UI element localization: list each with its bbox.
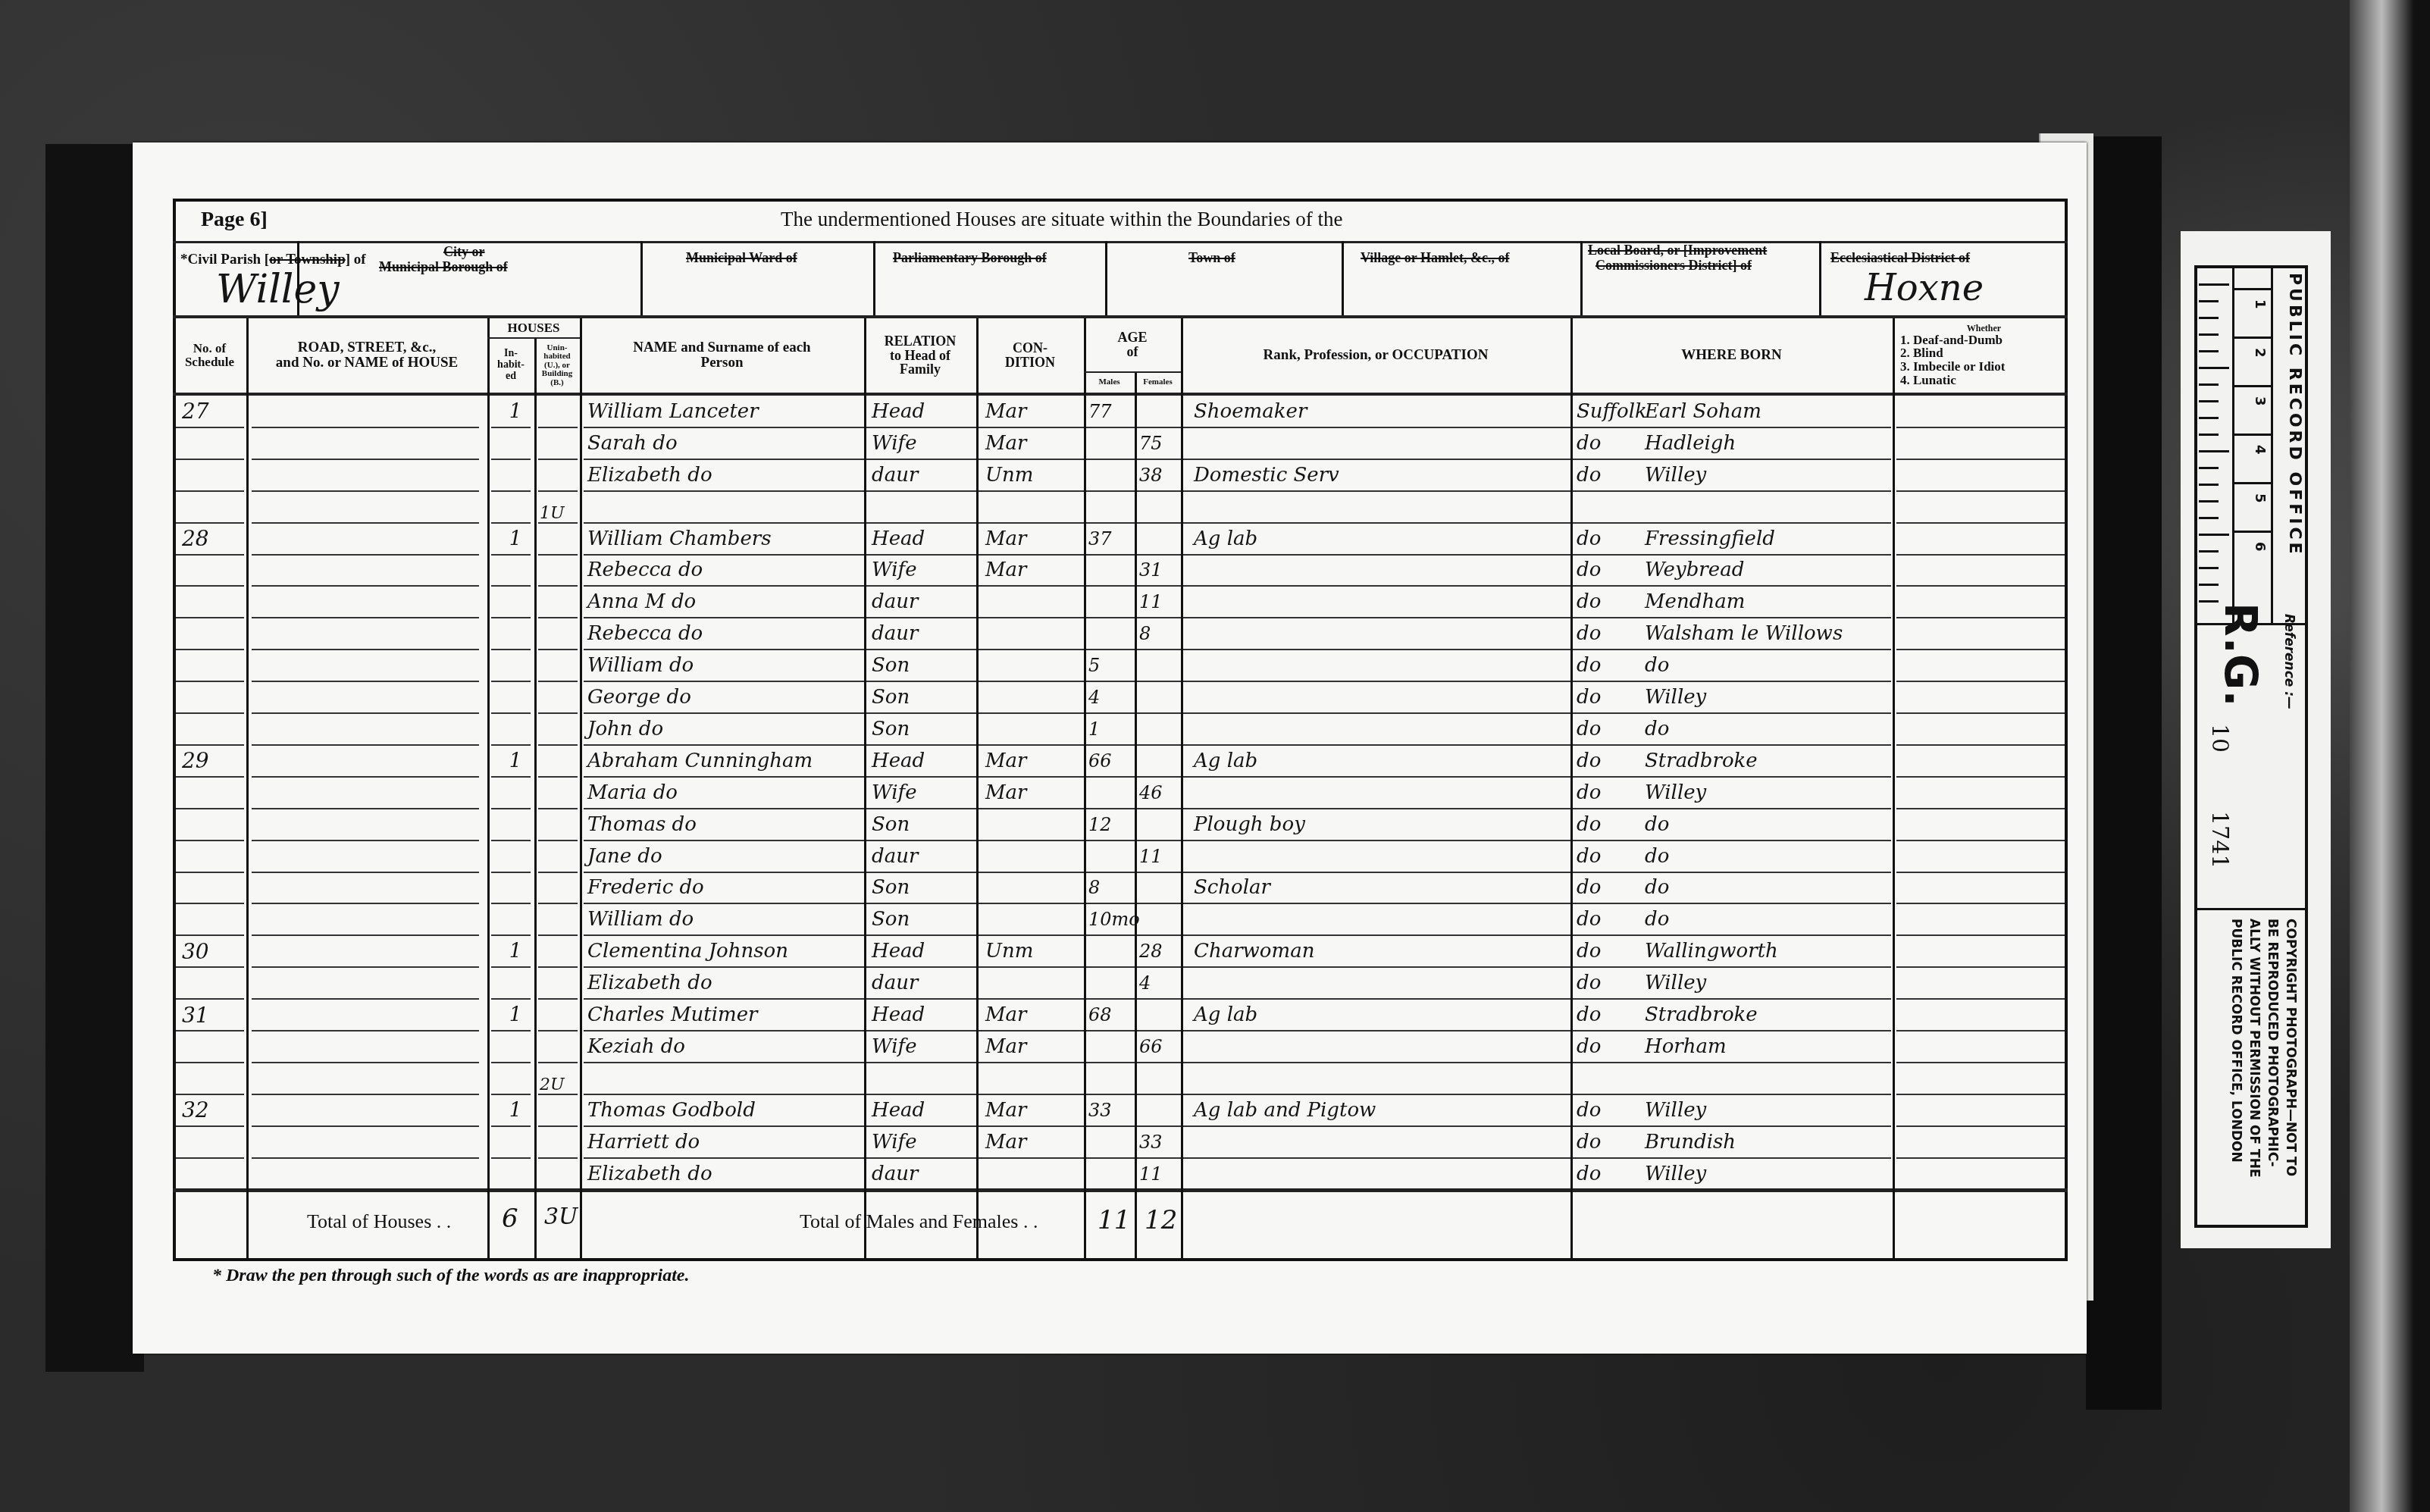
condition xyxy=(985,872,1080,904)
relation: Son xyxy=(872,681,974,713)
born-county: do xyxy=(1577,523,1630,555)
page-title: The undermentioned Houses are situate wi… xyxy=(781,208,1343,231)
condition xyxy=(985,1158,1080,1190)
occupation: Ag lab xyxy=(1194,999,1565,1031)
ruler-tick xyxy=(2199,350,2219,352)
row-rule xyxy=(252,585,479,587)
born-county: do xyxy=(1577,1158,1630,1190)
occupation xyxy=(1194,1126,1565,1158)
born-county: do xyxy=(1577,459,1630,491)
born-county: do xyxy=(1577,1094,1630,1126)
condition xyxy=(985,586,1080,618)
row-rule xyxy=(252,840,479,841)
relation: Son xyxy=(872,809,974,841)
relation: daur xyxy=(872,586,974,618)
uninhabited-count xyxy=(540,1158,578,1190)
condition: Mar xyxy=(985,1126,1080,1158)
relation: Son xyxy=(872,903,974,935)
total-persons-label: Total of Males and Females . . xyxy=(800,1210,1038,1233)
record-office-label: PUBLIC RECORD OFFICE xyxy=(2285,273,2304,557)
person-name: Sarah do xyxy=(587,427,860,459)
column-divider xyxy=(1135,371,1137,1261)
person-name: Thomas Godbold xyxy=(587,1094,860,1126)
column-divider xyxy=(1181,318,1183,1261)
schedule-number xyxy=(182,586,243,618)
ruler-tick xyxy=(2199,383,2219,386)
male-age: 37 xyxy=(1088,523,1132,555)
schedule-number xyxy=(182,841,243,872)
row-rule xyxy=(252,459,479,460)
divider xyxy=(1580,241,1583,317)
scale-divider xyxy=(2234,385,2271,387)
reference-folio: 1741 xyxy=(2206,811,2233,869)
male-age xyxy=(1088,491,1132,523)
occupation: Charwoman xyxy=(1194,935,1565,967)
boundary-parliamentary-borough: Parliamentary Borough of xyxy=(893,250,1047,266)
inhabited-count: 1 xyxy=(500,935,531,967)
occupation xyxy=(1194,555,1565,587)
boundary-village: Village or Hamlet, &c., of xyxy=(1361,250,1509,266)
houses-underline xyxy=(487,337,580,339)
born-place xyxy=(1645,1063,1895,1094)
reference-label: Reference :— xyxy=(2281,614,2297,709)
uninhabited-count xyxy=(540,967,578,999)
schedule-number xyxy=(182,491,243,523)
female-age xyxy=(1139,872,1179,904)
occupation xyxy=(1194,1063,1565,1094)
row-rule xyxy=(1896,934,2065,936)
row-rule xyxy=(1896,459,2065,460)
row-rule xyxy=(1896,744,2065,746)
inhabited-count xyxy=(500,459,531,491)
uninhabited-count xyxy=(540,555,578,587)
occupation: Ag lab xyxy=(1194,745,1565,777)
row-rule xyxy=(1896,1094,2065,1095)
born-county: do xyxy=(1577,841,1630,872)
inhabited-count: 1 xyxy=(500,745,531,777)
schedule-number xyxy=(182,1031,243,1063)
female-age xyxy=(1139,491,1179,523)
female-age xyxy=(1139,999,1179,1031)
ruler-tick xyxy=(2199,467,2219,469)
ruler-tick xyxy=(2199,517,2219,519)
female-age: 38 xyxy=(1139,459,1179,491)
uninhabited-count xyxy=(540,681,578,713)
female-age: 46 xyxy=(1139,777,1179,809)
scale-divider xyxy=(2234,531,2271,533)
female-age xyxy=(1139,650,1179,681)
occupation: Domestic Serv xyxy=(1194,459,1565,491)
female-age: 28 xyxy=(1139,935,1179,967)
male-age xyxy=(1088,967,1132,999)
ruler-tick xyxy=(2199,317,2219,319)
uninhabited-count: 2U xyxy=(540,1063,578,1094)
inhabited-count xyxy=(500,555,531,587)
header-where-born: WHERE BORN xyxy=(1570,318,1893,393)
born-county xyxy=(1577,491,1630,523)
row-rule xyxy=(252,744,479,746)
person-name: Thomas do xyxy=(587,809,860,841)
ruler xyxy=(2197,268,2235,625)
schedule-number xyxy=(182,618,243,650)
male-age xyxy=(1088,586,1132,618)
person-name: George do xyxy=(587,681,860,713)
person-name: Elizabeth do xyxy=(587,1158,860,1190)
born-place: Stradbroke xyxy=(1645,999,1895,1031)
column-divider xyxy=(1084,318,1086,1261)
relation: Son xyxy=(872,713,974,745)
row-rule xyxy=(1896,617,2065,618)
header-occupation: Rank, Profession, or OCCUPATION xyxy=(1181,318,1570,393)
inhabited-count: 1 xyxy=(500,1094,531,1126)
scale-divider xyxy=(2234,288,2271,290)
total-males: 11 xyxy=(1098,1205,1130,1235)
condition xyxy=(985,841,1080,872)
row-rule xyxy=(1896,776,2065,778)
scale-number: 2 xyxy=(2252,348,2268,358)
occupation xyxy=(1194,650,1565,681)
uninhabited-count xyxy=(540,459,578,491)
born-county: do xyxy=(1577,713,1630,745)
schedule-number xyxy=(182,777,243,809)
occupation xyxy=(1194,618,1565,650)
inhabited-count xyxy=(500,841,531,872)
schedule-number xyxy=(182,713,243,745)
male-age: 12 xyxy=(1088,809,1132,841)
row-rule xyxy=(252,554,479,556)
scanner-shadow-right xyxy=(2086,136,2162,1410)
copyright-line: PUBLIC RECORD OFFICE, LONDON xyxy=(2228,919,2244,1163)
occupation xyxy=(1194,777,1565,809)
schedule-number: 32 xyxy=(182,1094,243,1126)
relation xyxy=(872,1063,974,1094)
row-rule xyxy=(1896,1062,2065,1063)
inhabited-count xyxy=(500,650,531,681)
occupation: Ag lab xyxy=(1194,523,1565,555)
schedule-number: 29 xyxy=(182,745,243,777)
row-rule xyxy=(252,1094,479,1095)
uninhabited-count xyxy=(540,841,578,872)
reference-piece: 10 xyxy=(2206,724,2233,753)
occupation: Plough boy xyxy=(1194,809,1565,841)
copyright-line: BE REPRODUCED PHOTOGRAPHIC- xyxy=(2265,919,2280,1167)
row-rule xyxy=(1896,872,2065,873)
divider xyxy=(640,241,643,317)
divider xyxy=(1819,241,1821,317)
born-place: do xyxy=(1645,903,1895,935)
person-name: Elizabeth do xyxy=(587,459,860,491)
person-name: Maria do xyxy=(587,777,860,809)
born-county xyxy=(1577,1063,1630,1094)
header-road: ROAD, STREET, &c.,and No. or NAME of HOU… xyxy=(246,318,487,393)
relation xyxy=(872,491,974,523)
person-name: William do xyxy=(587,650,860,681)
ruler-tick xyxy=(2199,400,2219,402)
born-place: Stradbroke xyxy=(1645,745,1895,777)
schedule-number xyxy=(182,1126,243,1158)
row-rule xyxy=(252,649,479,650)
male-age xyxy=(1088,1126,1132,1158)
page-number: Page 6] xyxy=(201,208,268,232)
born-place: Walsham le Willows xyxy=(1645,618,1895,650)
header-relation: RELATIONto Head ofFamily xyxy=(864,318,976,393)
condition: Mar xyxy=(985,427,1080,459)
divider xyxy=(2197,908,2305,910)
header-houses: HOUSES xyxy=(487,318,580,337)
occupation: Shoemaker xyxy=(1194,396,1565,427)
uninhabited-count xyxy=(540,903,578,935)
born-place: Brundish xyxy=(1645,1126,1895,1158)
condition: Mar xyxy=(985,523,1080,555)
ruler-tick xyxy=(2199,484,2219,486)
person-name xyxy=(587,491,860,523)
male-age xyxy=(1088,1031,1132,1063)
uninhabited-count xyxy=(540,523,578,555)
header-name: NAME and Surname of eachPerson xyxy=(580,318,864,393)
condition: Mar xyxy=(985,999,1080,1031)
born-place: Horham xyxy=(1645,1031,1895,1063)
header-inhabited: In-habit-ed xyxy=(487,339,534,393)
ruler-tick xyxy=(2199,367,2229,369)
divider xyxy=(1105,241,1107,317)
male-age: 68 xyxy=(1088,999,1132,1031)
row-rule xyxy=(1896,903,2065,904)
condition: Mar xyxy=(985,1094,1080,1126)
header-schedule: No. ofSchedule xyxy=(173,318,246,393)
total-houses-label: Total of Houses . . xyxy=(307,1210,451,1233)
copyright-line: ALLY WITHOUT PERMISSION OF THE xyxy=(2247,919,2262,1178)
footnote: * Draw the pen through such of the words… xyxy=(212,1266,689,1286)
person-name: William Chambers xyxy=(587,523,860,555)
occupation xyxy=(1194,903,1565,935)
born-county: Suffolk xyxy=(1577,396,1630,427)
row-rule xyxy=(1896,681,2065,682)
uninhabited-count xyxy=(540,809,578,841)
schedule-number xyxy=(182,809,243,841)
header-females: Females xyxy=(1135,373,1181,393)
male-age xyxy=(1088,777,1132,809)
inhabited-count xyxy=(500,1031,531,1063)
relation: Head xyxy=(872,935,974,967)
female-age xyxy=(1139,396,1179,427)
female-age: 8 xyxy=(1139,618,1179,650)
person-name: Abraham Cunningham xyxy=(587,745,860,777)
person-name: Anna M do xyxy=(587,586,860,618)
born-place: Willey xyxy=(1645,777,1895,809)
female-age xyxy=(1139,903,1179,935)
schedule-number: 31 xyxy=(182,999,243,1031)
row-rule xyxy=(1896,1125,2065,1127)
row-rule xyxy=(252,427,479,428)
schedule-number xyxy=(182,872,243,904)
schedule-number xyxy=(182,459,243,491)
row-rule xyxy=(1896,998,2065,1000)
inhabited-count xyxy=(500,618,531,650)
relation: Head xyxy=(872,999,974,1031)
inhabited-count xyxy=(500,586,531,618)
relation: daur xyxy=(872,618,974,650)
born-place: Willey xyxy=(1645,967,1895,999)
born-place: Mendham xyxy=(1645,586,1895,618)
female-age: 31 xyxy=(1139,555,1179,587)
born-county: do xyxy=(1577,650,1630,681)
row-rule xyxy=(252,681,479,682)
relation: daur xyxy=(872,841,974,872)
row-rule xyxy=(252,522,479,524)
female-age xyxy=(1139,809,1179,841)
row-rule xyxy=(1896,649,2065,650)
born-county: do xyxy=(1577,872,1630,904)
header-condition: CON-DITION xyxy=(976,318,1084,393)
born-county: do xyxy=(1577,777,1630,809)
condition xyxy=(985,650,1080,681)
condition xyxy=(985,681,1080,713)
relation: Son xyxy=(872,872,974,904)
male-age: 10mo xyxy=(1088,903,1132,935)
condition: Unm xyxy=(985,459,1080,491)
uninhabited-count xyxy=(540,427,578,459)
born-county: do xyxy=(1577,903,1630,935)
column-divider xyxy=(1570,318,1573,1261)
occupation xyxy=(1194,491,1565,523)
row-rule xyxy=(1896,585,2065,587)
male-age: 5 xyxy=(1088,650,1132,681)
relation: Wife xyxy=(872,427,974,459)
schedule-number xyxy=(182,555,243,587)
relation: daur xyxy=(872,1158,974,1190)
born-place: Willey xyxy=(1645,1094,1895,1126)
row-rule xyxy=(1896,840,2065,841)
inhabited-count xyxy=(500,491,531,523)
row-rule xyxy=(252,617,479,618)
row-rule xyxy=(252,903,479,904)
born-place: Willey xyxy=(1645,1158,1895,1190)
schedule-number: 28 xyxy=(182,523,243,555)
occupation xyxy=(1194,967,1565,999)
person-name: William Lanceter xyxy=(587,396,860,427)
born-place: do xyxy=(1645,809,1895,841)
divider xyxy=(1342,241,1344,317)
condition: Mar xyxy=(985,396,1080,427)
header-disability: Whether1. Deaf-and-Dumb2. Blind3. Imbeci… xyxy=(1893,320,2068,391)
row-rule xyxy=(252,966,479,968)
condition xyxy=(985,713,1080,745)
relation: Head xyxy=(872,745,974,777)
male-age: 66 xyxy=(1088,745,1132,777)
inhabited-count xyxy=(500,777,531,809)
person-name: Elizabeth do xyxy=(587,967,860,999)
uninhabited-count xyxy=(540,999,578,1031)
schedule-number xyxy=(182,967,243,999)
female-age: 11 xyxy=(1139,1158,1179,1190)
column-divider xyxy=(580,318,582,1261)
uninhabited-count xyxy=(540,872,578,904)
uninhabited-count xyxy=(540,745,578,777)
scale-number: 1 xyxy=(2252,299,2268,309)
occupation xyxy=(1194,713,1565,745)
male-age: 33 xyxy=(1088,1094,1132,1126)
condition: Mar xyxy=(985,777,1080,809)
column-divider xyxy=(864,318,866,1261)
born-place xyxy=(1645,491,1895,523)
ruler-tick xyxy=(2199,567,2219,569)
scanner-edge xyxy=(2350,0,2430,1512)
uninhabited-count xyxy=(540,650,578,681)
male-age xyxy=(1088,459,1132,491)
uninhabited-count xyxy=(540,586,578,618)
inhabited-count: 1 xyxy=(500,396,531,427)
born-county: do xyxy=(1577,618,1630,650)
row-rule xyxy=(1896,1030,2065,1031)
female-age: 33 xyxy=(1139,1126,1179,1158)
person-name: Rebecca do xyxy=(587,618,860,650)
schedule-number xyxy=(182,903,243,935)
row-rule xyxy=(252,1157,479,1159)
born-county: do xyxy=(1577,935,1630,967)
female-age xyxy=(1139,745,1179,777)
condition xyxy=(985,967,1080,999)
occupation xyxy=(1194,586,1565,618)
schedule-number xyxy=(182,681,243,713)
schedule-number: 27 xyxy=(182,396,243,427)
person-name xyxy=(587,1063,860,1094)
born-place: Hadleigh xyxy=(1645,427,1895,459)
female-age xyxy=(1139,681,1179,713)
row-rule xyxy=(252,490,479,492)
person-name: Jane do xyxy=(587,841,860,872)
scale-divider xyxy=(2234,337,2271,339)
reference-series: R.G. xyxy=(2215,603,2266,706)
uninhabited-count xyxy=(540,1031,578,1063)
divider xyxy=(173,241,2068,243)
row-rule xyxy=(1896,1157,2065,1159)
person-name: William do xyxy=(587,903,860,935)
occupation xyxy=(1194,841,1565,872)
relation: daur xyxy=(872,459,974,491)
scanner-shadow xyxy=(45,144,144,1372)
born-place: Earl Soham xyxy=(1645,396,1895,427)
divider xyxy=(173,1188,2068,1192)
condition xyxy=(985,809,1080,841)
born-county: do xyxy=(1577,745,1630,777)
born-county: do xyxy=(1577,427,1630,459)
inhabited-count xyxy=(500,903,531,935)
age-underline xyxy=(1084,371,1181,373)
uninhabited-count: 1U xyxy=(540,491,578,523)
schedule-number xyxy=(182,427,243,459)
row-rule xyxy=(252,1062,479,1063)
schedule-number xyxy=(182,650,243,681)
column-divider xyxy=(246,318,249,1261)
born-place: do xyxy=(1645,872,1895,904)
uninhabited-count xyxy=(540,777,578,809)
scale-number: 4 xyxy=(2252,445,2268,455)
male-age: 77 xyxy=(1088,396,1132,427)
ruler-tick xyxy=(2199,333,2219,336)
relation: Wife xyxy=(872,1126,974,1158)
header-males: Males xyxy=(1084,373,1135,393)
row-rule xyxy=(252,1125,479,1127)
male-age: 1 xyxy=(1088,713,1132,745)
ruler-tick xyxy=(2199,584,2219,586)
row-rule xyxy=(1896,554,2065,556)
inhabited-count xyxy=(500,713,531,745)
condition: Mar xyxy=(985,555,1080,587)
ruler-tick xyxy=(2199,534,2229,536)
row-rule xyxy=(252,808,479,809)
person-name: Frederic do xyxy=(587,872,860,904)
scale-number: 3 xyxy=(2252,396,2268,406)
